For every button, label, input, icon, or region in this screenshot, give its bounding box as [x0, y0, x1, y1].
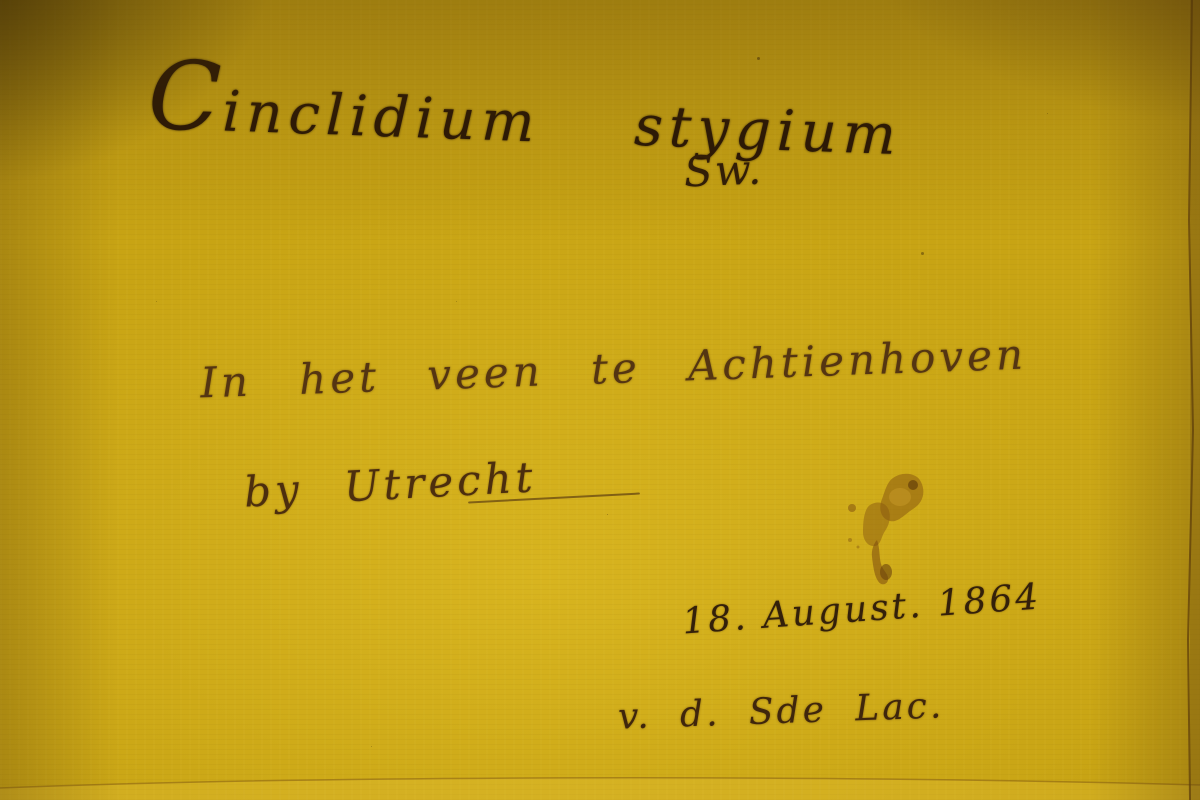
- photo-vignette: [0, 0, 1200, 800]
- herbarium-label-photo: Cinclidium stygium Sw. In het veen te Ac…: [0, 0, 1200, 800]
